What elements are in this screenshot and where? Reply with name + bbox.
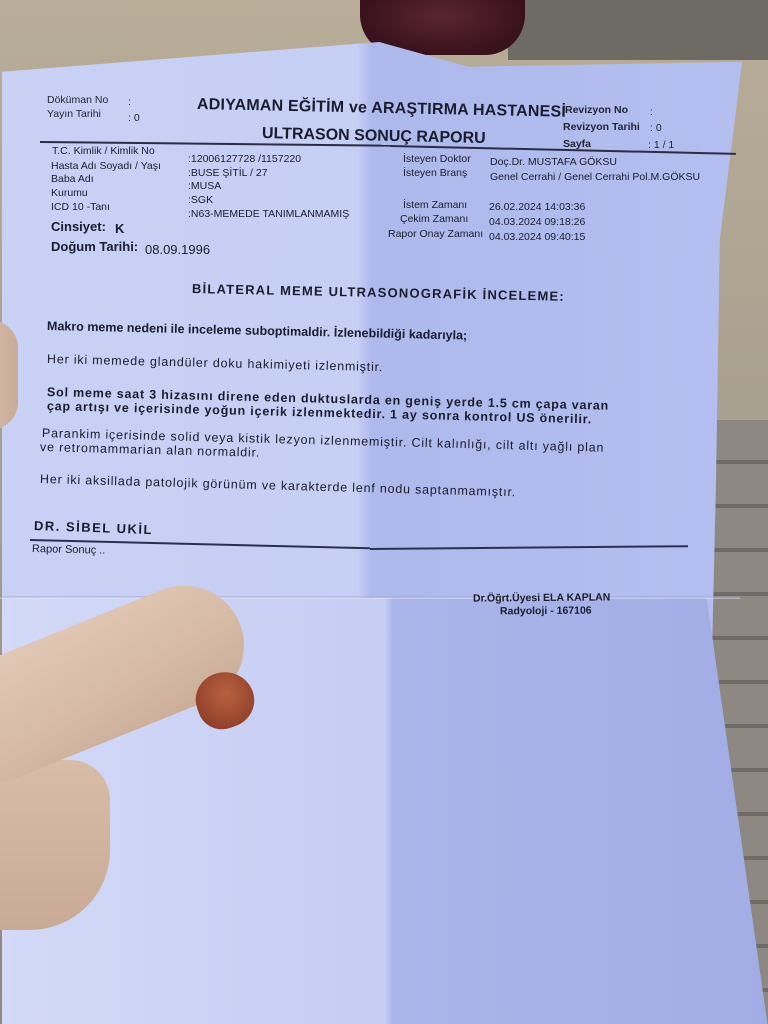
reporting-doctor: DR. SİBEL UKİL [34, 518, 153, 537]
page-value: : 1 / 1 [648, 139, 674, 151]
approval-time-value: 04.03.2024 09:40:15 [489, 231, 585, 243]
revision-date-label: Revizyon Tarihi [563, 121, 640, 133]
report-result-label: Rapor Sonuç .. [32, 543, 106, 557]
revision-date-value: : 0 [650, 122, 662, 134]
icd-label: ICD 10 -Tanı [51, 201, 110, 213]
document-no-label: Döküman No [47, 94, 108, 106]
holding-finger [0, 320, 18, 430]
revision-no-value: : [650, 106, 653, 118]
birth-date-label: Doğum Tarihi: [51, 239, 138, 254]
patient-name-label: Hasta Adı Soyadı / Yaşı [51, 160, 161, 172]
publish-date-value: : 0 [128, 112, 140, 124]
approver-name: Dr.Öğrt.Üyesi ELA KAPLAN [473, 591, 610, 604]
icd-value: :N63-MEMEDE TANIMLANMAMIŞ [188, 208, 349, 220]
signature-line-right [370, 545, 688, 549]
gender-value: K [115, 221, 124, 236]
birth-date-value: 08.09.1996 [145, 242, 210, 257]
request-time-value: 26.02.2024 14:03:36 [489, 201, 585, 213]
ultrasound-report: Döküman No : Yayın Tarihi : 0 ADIYAMAN E… [0, 0, 768, 1024]
gender-label: Cinsiyet: [51, 219, 106, 234]
revision-no-label: Revizyon No [565, 104, 628, 116]
report-line-1: Makro meme nedeni ile inceleme suboptima… [47, 319, 467, 343]
requesting-doctor-label: İsteyen Doktor [403, 153, 471, 165]
father-name-value: :MUSA [188, 180, 221, 192]
father-name-label: Baba Adı [51, 173, 94, 185]
document-no-value: : [128, 96, 131, 108]
requesting-branch-value: Genel Cerrahi / Genel Cerrahi Pol.M.GÖKS… [490, 171, 700, 183]
patient-name-value: :BUSE ŞİTİL / 27 [188, 167, 268, 179]
exam-title: BİLATERAL MEME ULTRASONOGRAFİK İNCELEME: [192, 281, 565, 304]
capture-time-label: Çekim Zamanı [400, 213, 468, 225]
publish-date-label: Yayın Tarihi [47, 108, 101, 120]
tc-id-label: T.C. Kimlik / Kimlik No [52, 145, 155, 157]
requesting-doctor-value: Doç.Dr. MUSTAFA GÖKSU [490, 156, 617, 168]
requesting-branch-label: İsteyen Branş [403, 167, 467, 179]
approver-department: Radyoloji - 167106 [500, 605, 592, 618]
hospital-name: ADIYAMAN EĞİTİM ve ARAŞTIRMA HASTANESİ [197, 96, 566, 122]
approval-time-label: Rapor Onay Zamanı [388, 228, 483, 240]
request-time-label: İstem Zamanı [403, 199, 467, 211]
institution-label: Kurumu [51, 187, 88, 199]
report-line-7: Her iki aksillada patolojik görünüm ve k… [40, 472, 516, 499]
institution-value: :SGK [188, 194, 213, 206]
tc-id-value: :12006127728 /1157220 [188, 153, 301, 165]
capture-time-value: 04.03.2024 09:18:26 [489, 216, 585, 228]
report-line-2: Her iki memede glandüler doku hakimiyeti… [47, 352, 384, 374]
